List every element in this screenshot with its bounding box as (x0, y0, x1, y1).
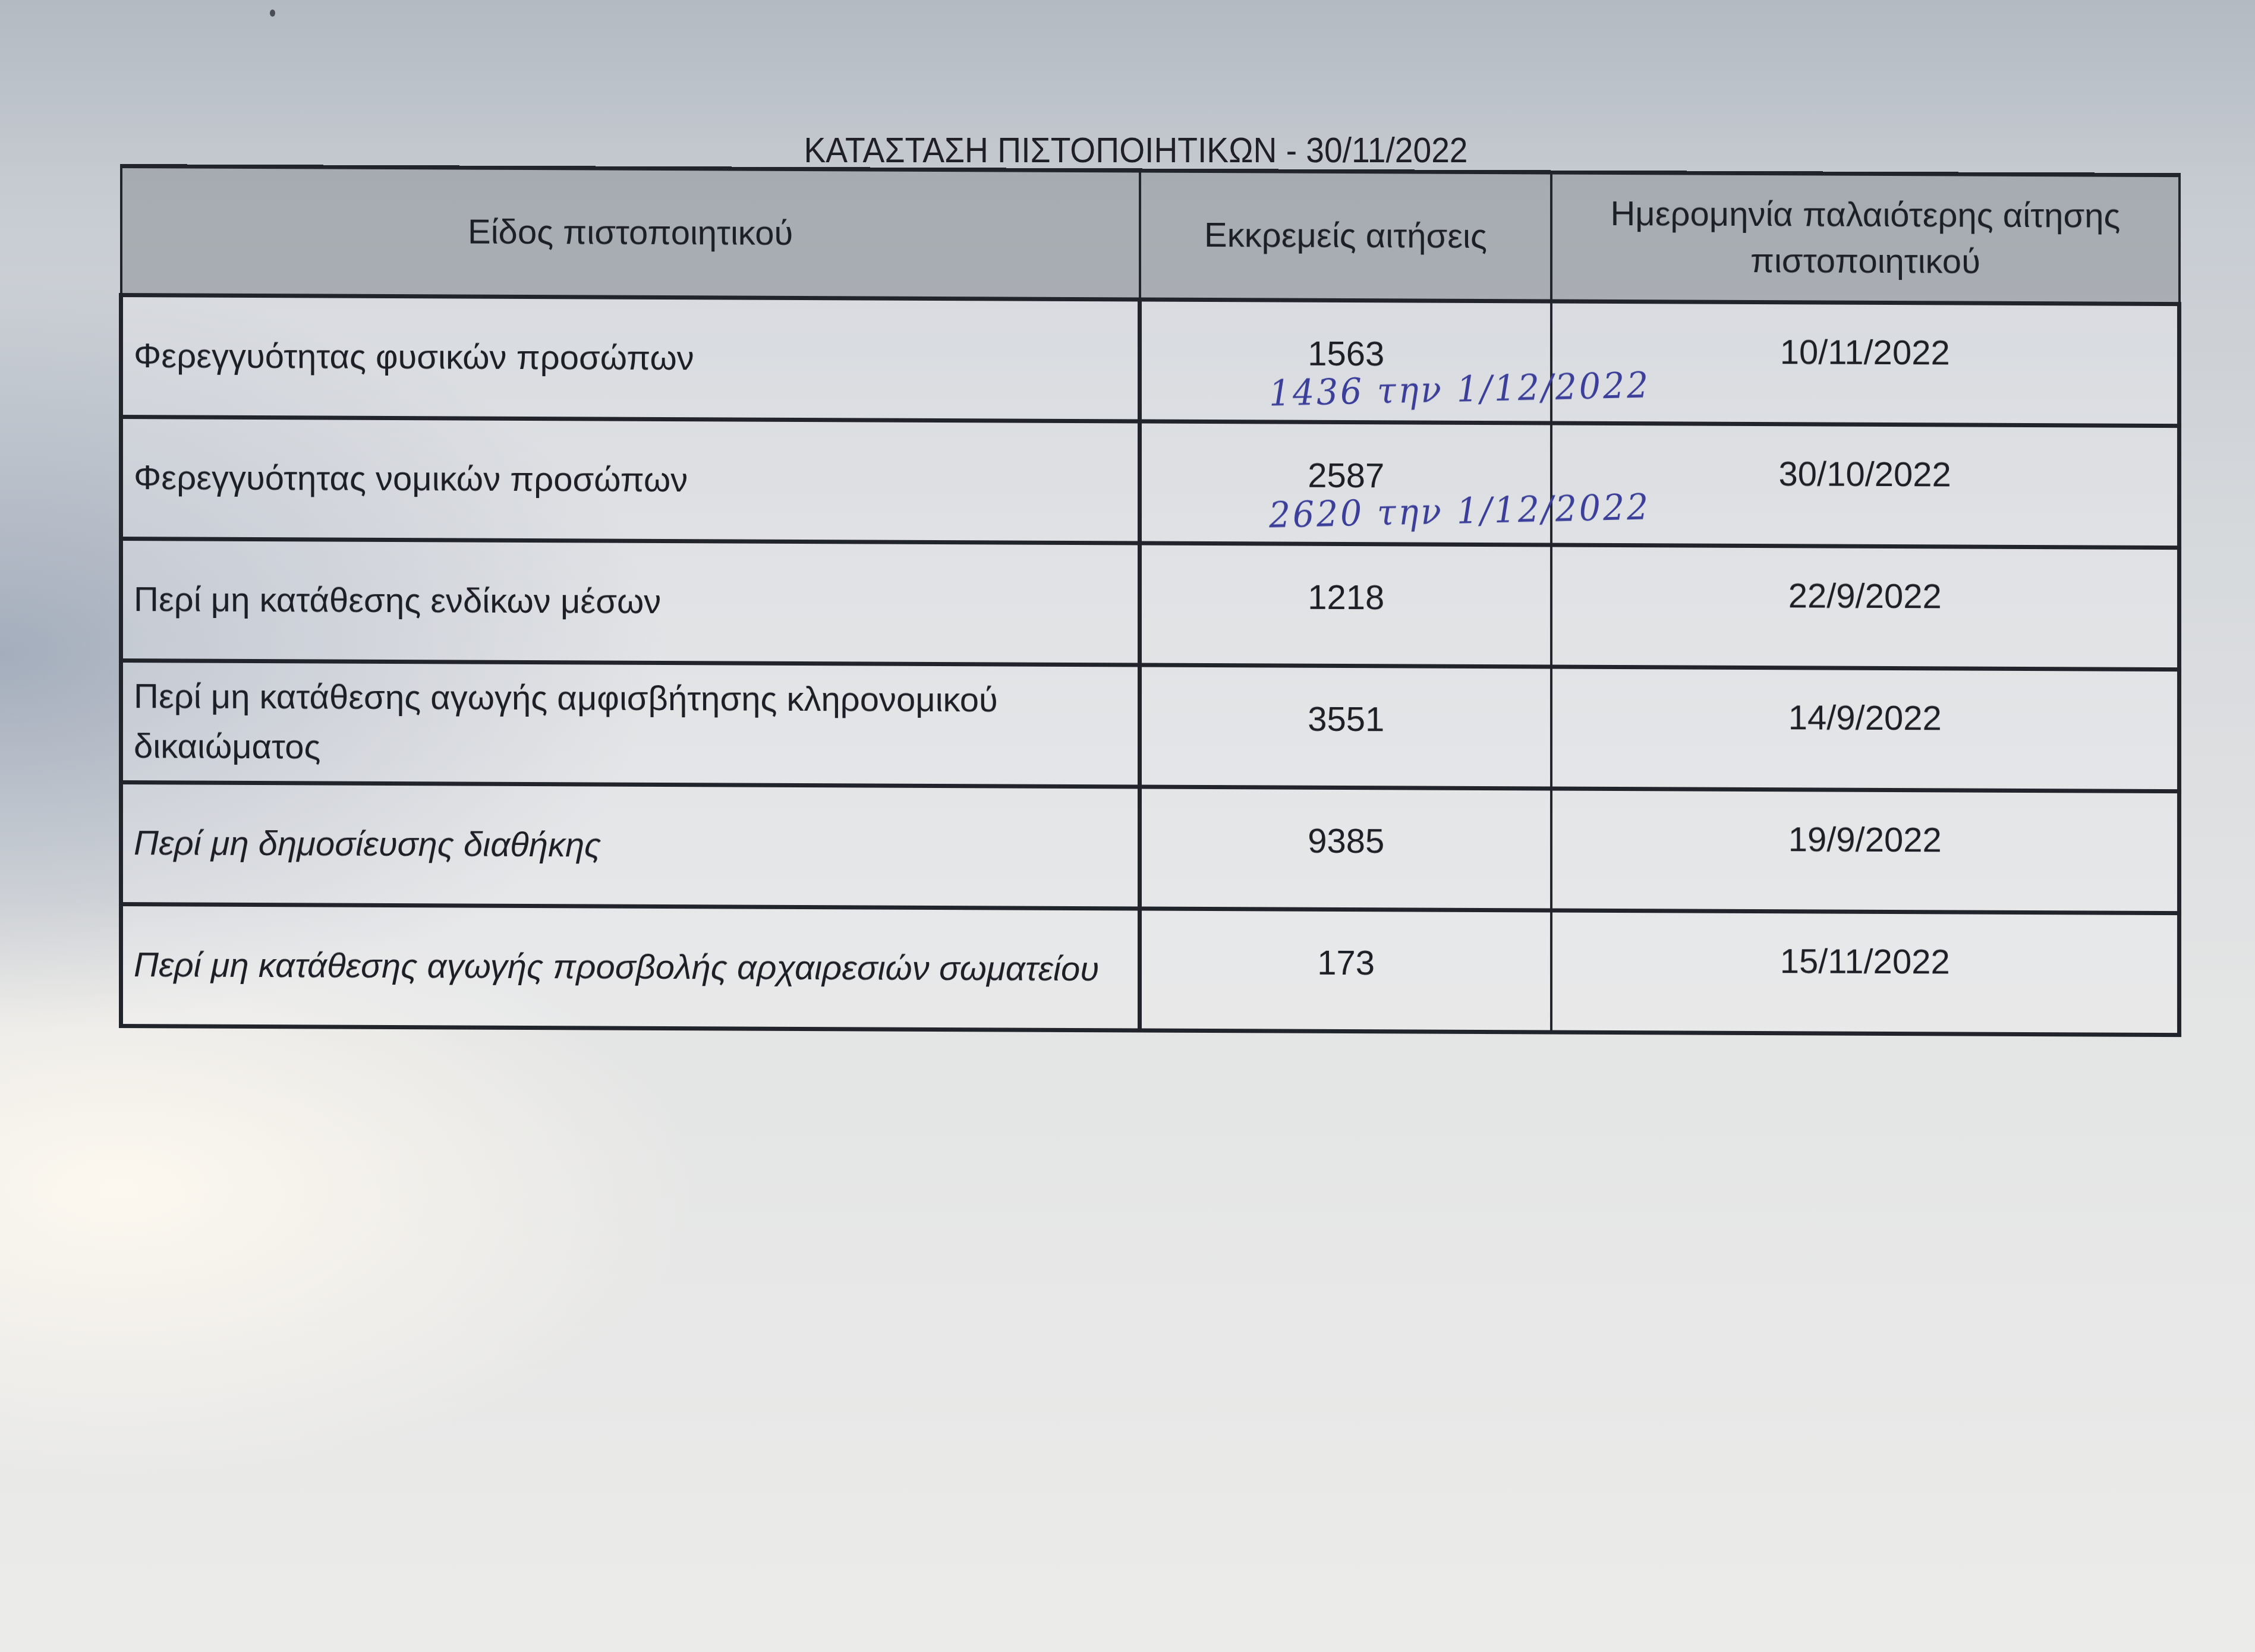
oldest-date: 19/9/2022 (1788, 815, 1942, 865)
pending-count-cell: 9385 (1140, 787, 1552, 910)
table-row: Περί μη κατάθεσης αγωγής αμφισβήτησης κλ… (121, 661, 2180, 792)
certificates-table-container: Είδος πιστοποιητικού Εκκρεμείς αιτήσεις … (119, 164, 2181, 1037)
oldest-date-cell: 19/9/2022 (1551, 789, 2179, 913)
table-header-row: Είδος πιστοποιητικού Εκκρεμείς αιτήσεις … (121, 166, 2180, 304)
paper-speck (270, 10, 275, 17)
pending-count-cell: 3551 (1140, 665, 1552, 789)
oldest-date-cell: 15/11/2022 (1551, 910, 2179, 1035)
pending-count: 2587 (1308, 451, 1384, 502)
certificate-type-cell: Φερεγγυότητας φυσικών προσώπων (121, 295, 1140, 421)
certificate-type-cell: Φερεγγυότητας νομικών προσώπων (121, 417, 1140, 543)
certificate-type-cell: Περί μη κατάθεσης αγωγής αμφισβήτησης κλ… (121, 661, 1140, 787)
certificate-type-cell: Περί μη κατάθεσης αγωγής προσβολής αρχαι… (121, 904, 1140, 1030)
header-oldest-application-date: Ημερομηνία παλαιότερης αίτησης πιστοποιη… (1551, 172, 2179, 304)
table-row: Περί μη δημοσίευσης διαθήκης 9385 19/9/2… (121, 783, 2180, 913)
oldest-date-cell: 10/11/2022 (1551, 301, 2179, 426)
certificates-status-table: Είδος πιστοποιητικού Εκκρεμείς αιτήσεις … (119, 164, 2181, 1037)
table-row: Περί μη κατάθεσης αγωγής προσβολής αρχαι… (121, 904, 2180, 1035)
header-certificate-type: Είδος πιστοποιητικού (121, 166, 1140, 299)
document-title: ΚΑΤΑΣΤΑΣΗ ΠΙΣΤΟΠΟΙΗΤΙΚΩΝ - 30/11/2022 (794, 130, 1478, 171)
pending-count-cell: 1218 (1140, 543, 1552, 667)
pending-count-cell: 2587 2620 την 1/12/2022 (1140, 421, 1552, 545)
pending-count-cell: 173 (1140, 909, 1552, 1032)
pending-count: 9385 (1308, 816, 1384, 867)
oldest-date: 30/10/2022 (1778, 449, 1951, 500)
table-row: Φερεγγυότητας νομικών προσώπων 2587 2620… (121, 417, 2180, 548)
oldest-date: 10/11/2022 (1780, 327, 1950, 378)
oldest-date-cell: 14/9/2022 (1551, 667, 2179, 792)
header-pending-applications: Εκκρεμείς αιτήσεις (1140, 171, 1552, 301)
photographed-page: ΚΑΤΑΣΤΑΣΗ ΠΙΣΤΟΠΟΙΗΤΙΚΩΝ - 30/11/2022 Εί… (0, 0, 2255, 1652)
oldest-date-cell: 30/10/2022 (1551, 423, 2179, 548)
certificate-type-cell: Περί μη κατάθεσης ενδίκων μέσων (121, 539, 1140, 665)
pending-count: 1563 (1308, 329, 1384, 380)
certificate-type-cell: Περί μη δημοσίευσης διαθήκης (121, 783, 1140, 909)
table-row: Περί μη κατάθεσης ενδίκων μέσων 1218 22/… (121, 539, 2180, 670)
pending-count: 3551 (1308, 695, 1384, 745)
pending-count: 173 (1317, 938, 1375, 988)
oldest-date: 22/9/2022 (1788, 571, 1942, 622)
table-row: Φερεγγυότητας φυσικών προσώπων 1563 1436… (121, 295, 2180, 426)
oldest-date: 14/9/2022 (1788, 693, 1942, 743)
oldest-date-cell: 22/9/2022 (1551, 545, 2179, 670)
oldest-date: 15/11/2022 (1780, 937, 1950, 987)
pending-count: 1218 (1308, 573, 1384, 623)
pending-count-cell: 1563 1436 την 1/12/2022 (1140, 299, 1552, 423)
